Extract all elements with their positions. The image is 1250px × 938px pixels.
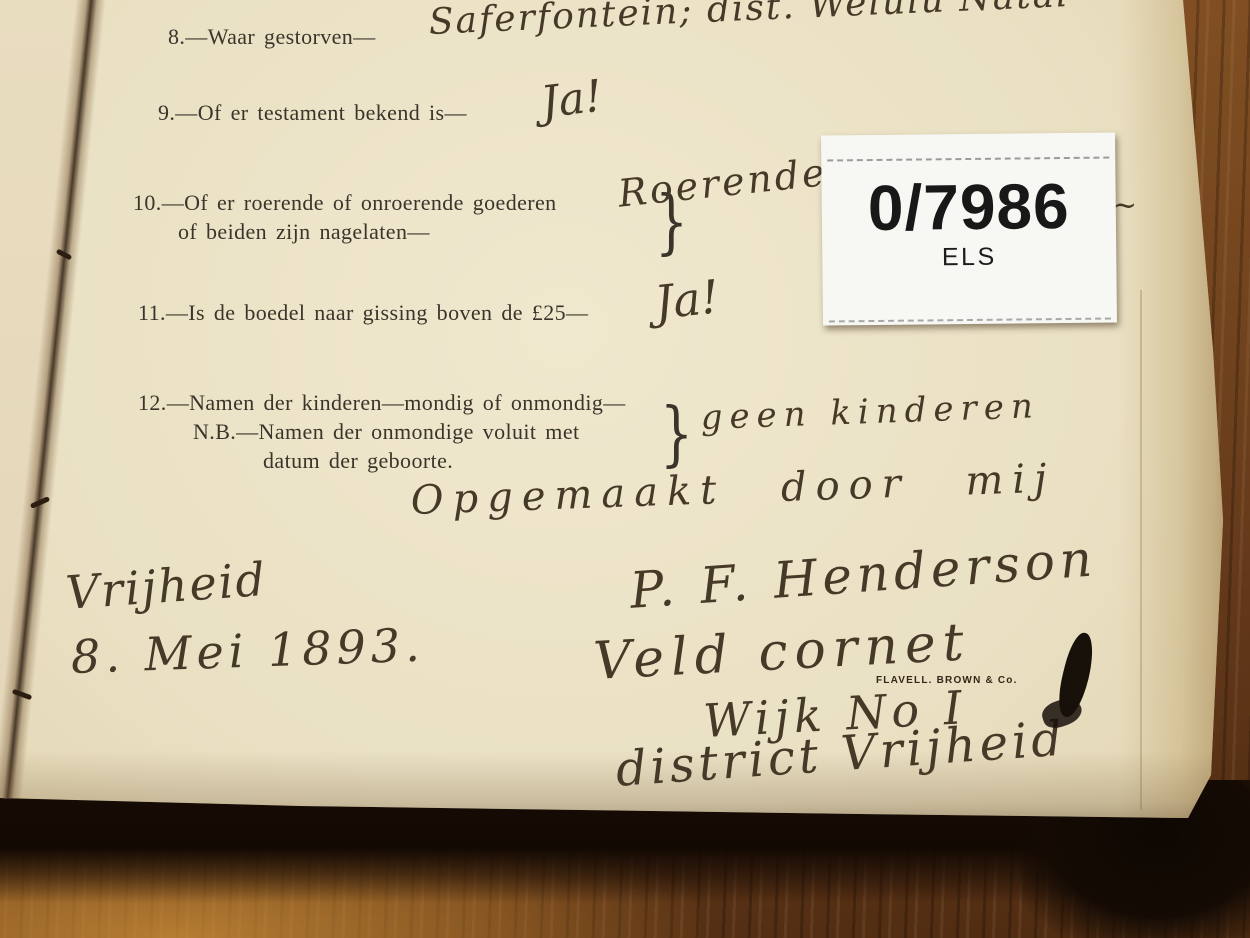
question-11-answer: Ja! (652, 269, 722, 329)
question-10-answer: Roerende (616, 150, 829, 216)
brace-glyph-q12: } (660, 394, 693, 475)
question-8-answer: Saferfontein; dist. Welulu Natal (428, 0, 1070, 43)
signature-name: P. F. Henderson (628, 529, 1099, 619)
label-perforation-top (827, 133, 1109, 162)
label-number: 0/7986 (868, 173, 1070, 242)
question-10-label-line2: of beiden zijn nagelaten— (178, 219, 430, 245)
label-code: ELS (942, 243, 997, 273)
question-12-answer: geen kinderen (700, 386, 1040, 438)
date-line: 8. Mei 1893. (70, 618, 426, 684)
question-11-label: 11.—Is de boedel naar gissing boven de £… (138, 300, 588, 326)
label-perforation-bottom (829, 318, 1111, 323)
place-name: Vrijheid (64, 552, 268, 620)
question-12-label-line1: 12.—Namen der kinderen—mondig of onmondi… (138, 390, 626, 416)
question-9-answer: Ja! (538, 70, 605, 128)
question-12-label-line2: N.B.—Namen der onmondige voluit met (193, 419, 580, 445)
question-9-label: 9.—Of er testament bekend is— (158, 100, 467, 126)
page-edge-seam (1140, 290, 1142, 810)
question-8-label: 8.—Waar gestorven— (168, 24, 376, 50)
question-12-label-line3: datum der geboorte. (263, 448, 453, 474)
closing-line: Opgemaakt door mij (410, 455, 1056, 523)
question-10-label-line1: 10.—Of er roerende of onroerende goedere… (133, 190, 557, 216)
archive-label: 0/7986 ELS (821, 132, 1117, 325)
photo-death-notice-register: 8.—Waar gestorven— 9.—Of er testament be… (0, 0, 1250, 938)
